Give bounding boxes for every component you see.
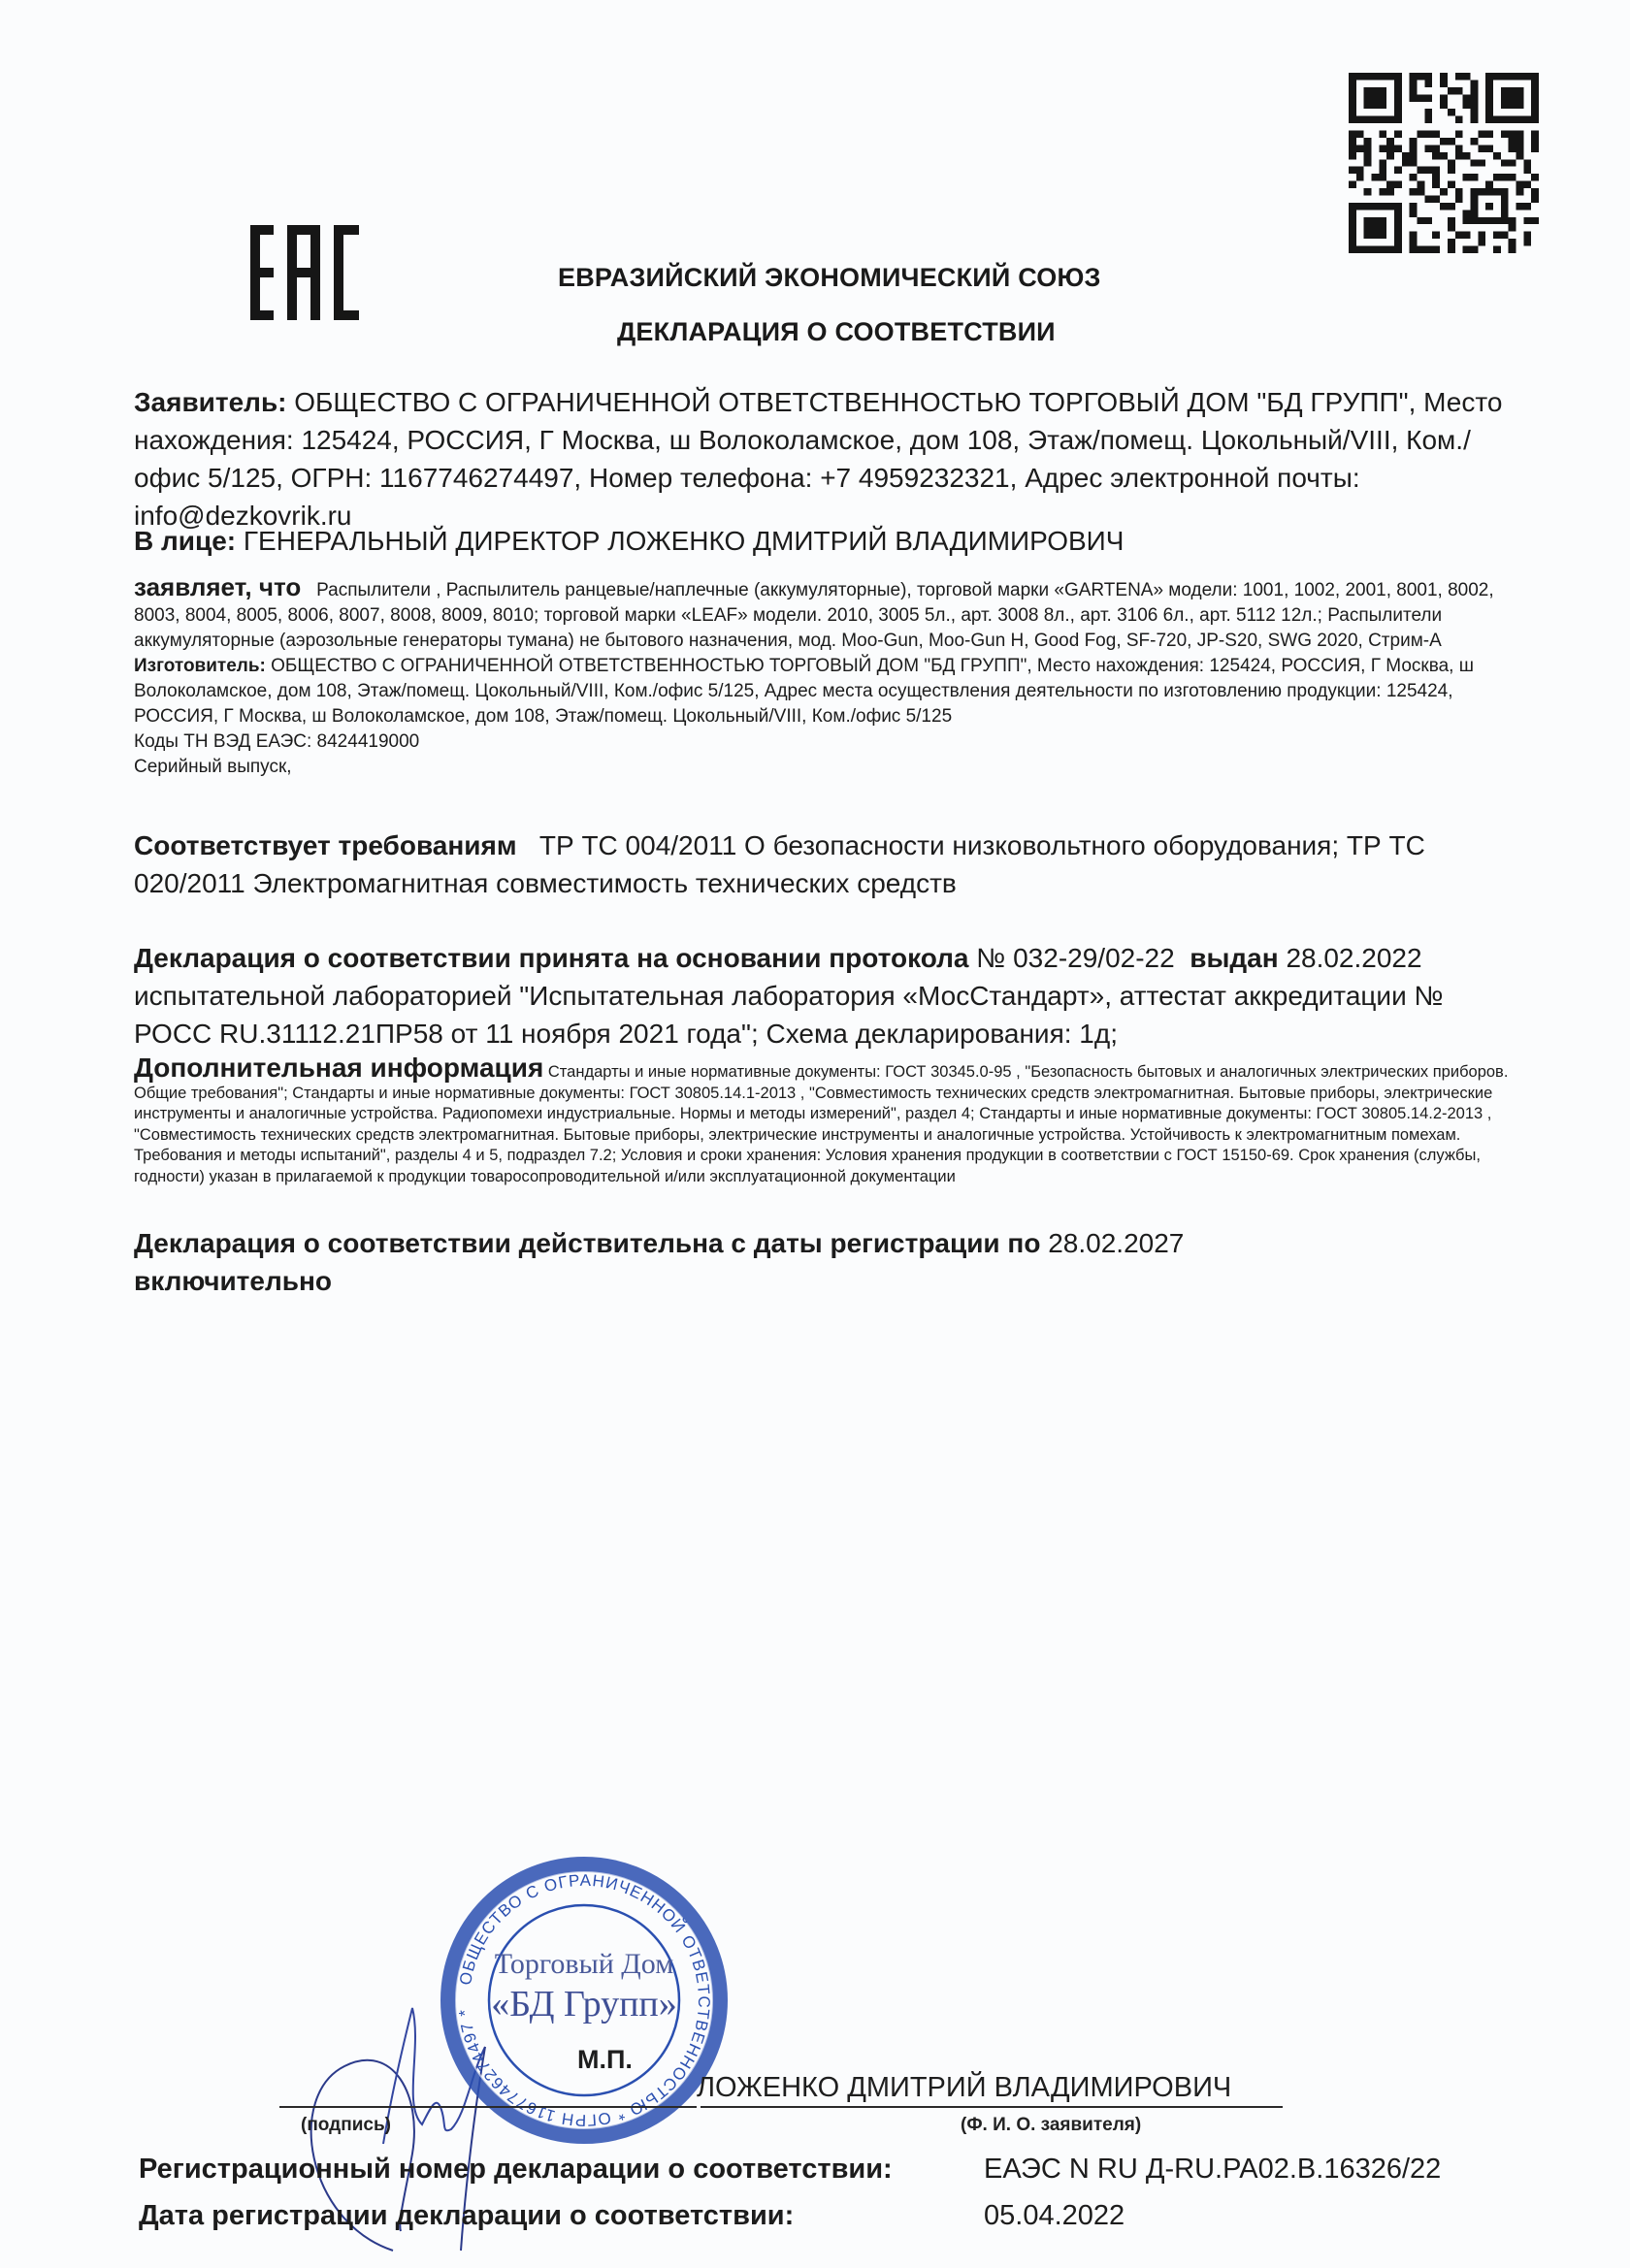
eac-logo-icon <box>250 225 361 320</box>
release-type: Серийный выпуск, <box>134 755 1512 780</box>
stamp-line2: «БД Групп» <box>491 1984 677 2025</box>
declares-label: заявляет, что <box>134 572 301 601</box>
conforms-label: Соответствует требованиям <box>134 830 517 860</box>
name-line <box>701 2106 1283 2108</box>
person-text: ГЕНЕРАЛЬНЫЙ ДИРЕКТОР ЛОЖЕНКО ДМИТРИЙ ВЛА… <box>244 526 1125 556</box>
applicant-section: Заявитель: ОБЩЕСТВО С ОГРАНИЧЕННОЙ ОТВЕТ… <box>134 383 1512 535</box>
registration-date-label: Дата регистрации декларации о соответств… <box>139 2200 794 2232</box>
product-paragraph: заявляет, что Распылители , Распылитель … <box>134 574 1512 654</box>
declares-section: заявляет, что Распылители , Распылитель … <box>134 574 1512 780</box>
manufacturer-label: Изготовитель: <box>134 656 266 676</box>
name-caption: (Ф. И. О. заявителя) <box>961 2115 1141 2136</box>
signature-line <box>279 2106 697 2108</box>
validity-date: 28.02.2027 <box>1048 1228 1184 1258</box>
additional-label: Дополнительная информация <box>134 1053 543 1083</box>
person-label: В лице: <box>134 526 236 556</box>
seal-place-label: М.П. <box>577 2045 633 2075</box>
issued-label: выдан <box>1190 943 1278 973</box>
additional-section: Дополнительная информация Стандарты и ин… <box>134 1057 1512 1187</box>
conforms-section: Соответствует требованиям ТР ТС 004/2011… <box>134 826 1512 902</box>
validity-label: Декларация о соответствии действительна … <box>134 1228 1040 1258</box>
registration-number-label: Регистрационный номер декларации о соотв… <box>139 2154 893 2186</box>
validity-section: Декларация о соответствии действительна … <box>134 1224 1512 1300</box>
applicant-label: Заявитель: <box>134 387 287 417</box>
registration-number: ЕАЭС N RU Д-RU.PA02.B.16326/22 <box>984 2154 1441 2186</box>
document-title: ДЕКЛАРАЦИЯ О СООТВЕТСТВИИ <box>617 317 1056 347</box>
basis-section: Декларация о соответствии принята на осн… <box>134 939 1512 1053</box>
registration-date: 05.04.2022 <box>984 2200 1125 2232</box>
manufacturer-text: ОБЩЕСТВО С ОГРАНИЧЕННОЙ ОТВЕТСТВЕННОСТЬЮ… <box>134 656 1474 727</box>
manufacturer-paragraph: Изготовитель: ОБЩЕСТВО С ОГРАНИЧЕННОЙ ОТ… <box>134 654 1512 729</box>
applicant-text: ОБЩЕСТВО С ОГРАНИЧЕННОЙ ОТВЕТСТВЕННОСТЬЮ… <box>134 387 1502 531</box>
protocol-number: № 032-29/02-22 <box>976 943 1174 973</box>
union-header: ЕВРАЗИЙСКИЙ ЭКОНОМИЧЕСКИЙ СОЮЗ <box>558 263 1101 293</box>
signature-caption: (подпись) <box>301 2115 391 2136</box>
person-section: В лице: ГЕНЕРАЛЬНЫЙ ДИРЕКТОР ЛОЖЕНКО ДМИ… <box>134 522 1512 560</box>
stamp-line1: Торговый Дом <box>495 1948 673 1980</box>
basis-label: Декларация о соответствии принята на осн… <box>134 943 969 973</box>
company-seal: ОБЩЕСТВО С ОГРАНИЧЕННОЙ ОТВЕТСТВЕННОСТЬЮ… <box>439 1855 730 2146</box>
qr-code-icon <box>1349 73 1539 253</box>
product-text: Распылители , Распылитель ранцевые/напле… <box>134 580 1494 651</box>
validity-suffix: включительно <box>134 1266 332 1296</box>
signer-name: ЛОЖЕНКО ДМИТРИЙ ВЛАДИМИРОВИЧ <box>697 2072 1231 2104</box>
hs-codes: Коды ТН ВЭД ЕАЭС: 8424419000 <box>134 729 1512 755</box>
declaration-page: ЕВРАЗИЙСКИЙ ЭКОНОМИЧЕСКИЙ СОЮЗ ДЕКЛАРАЦИ… <box>0 0 1630 2268</box>
